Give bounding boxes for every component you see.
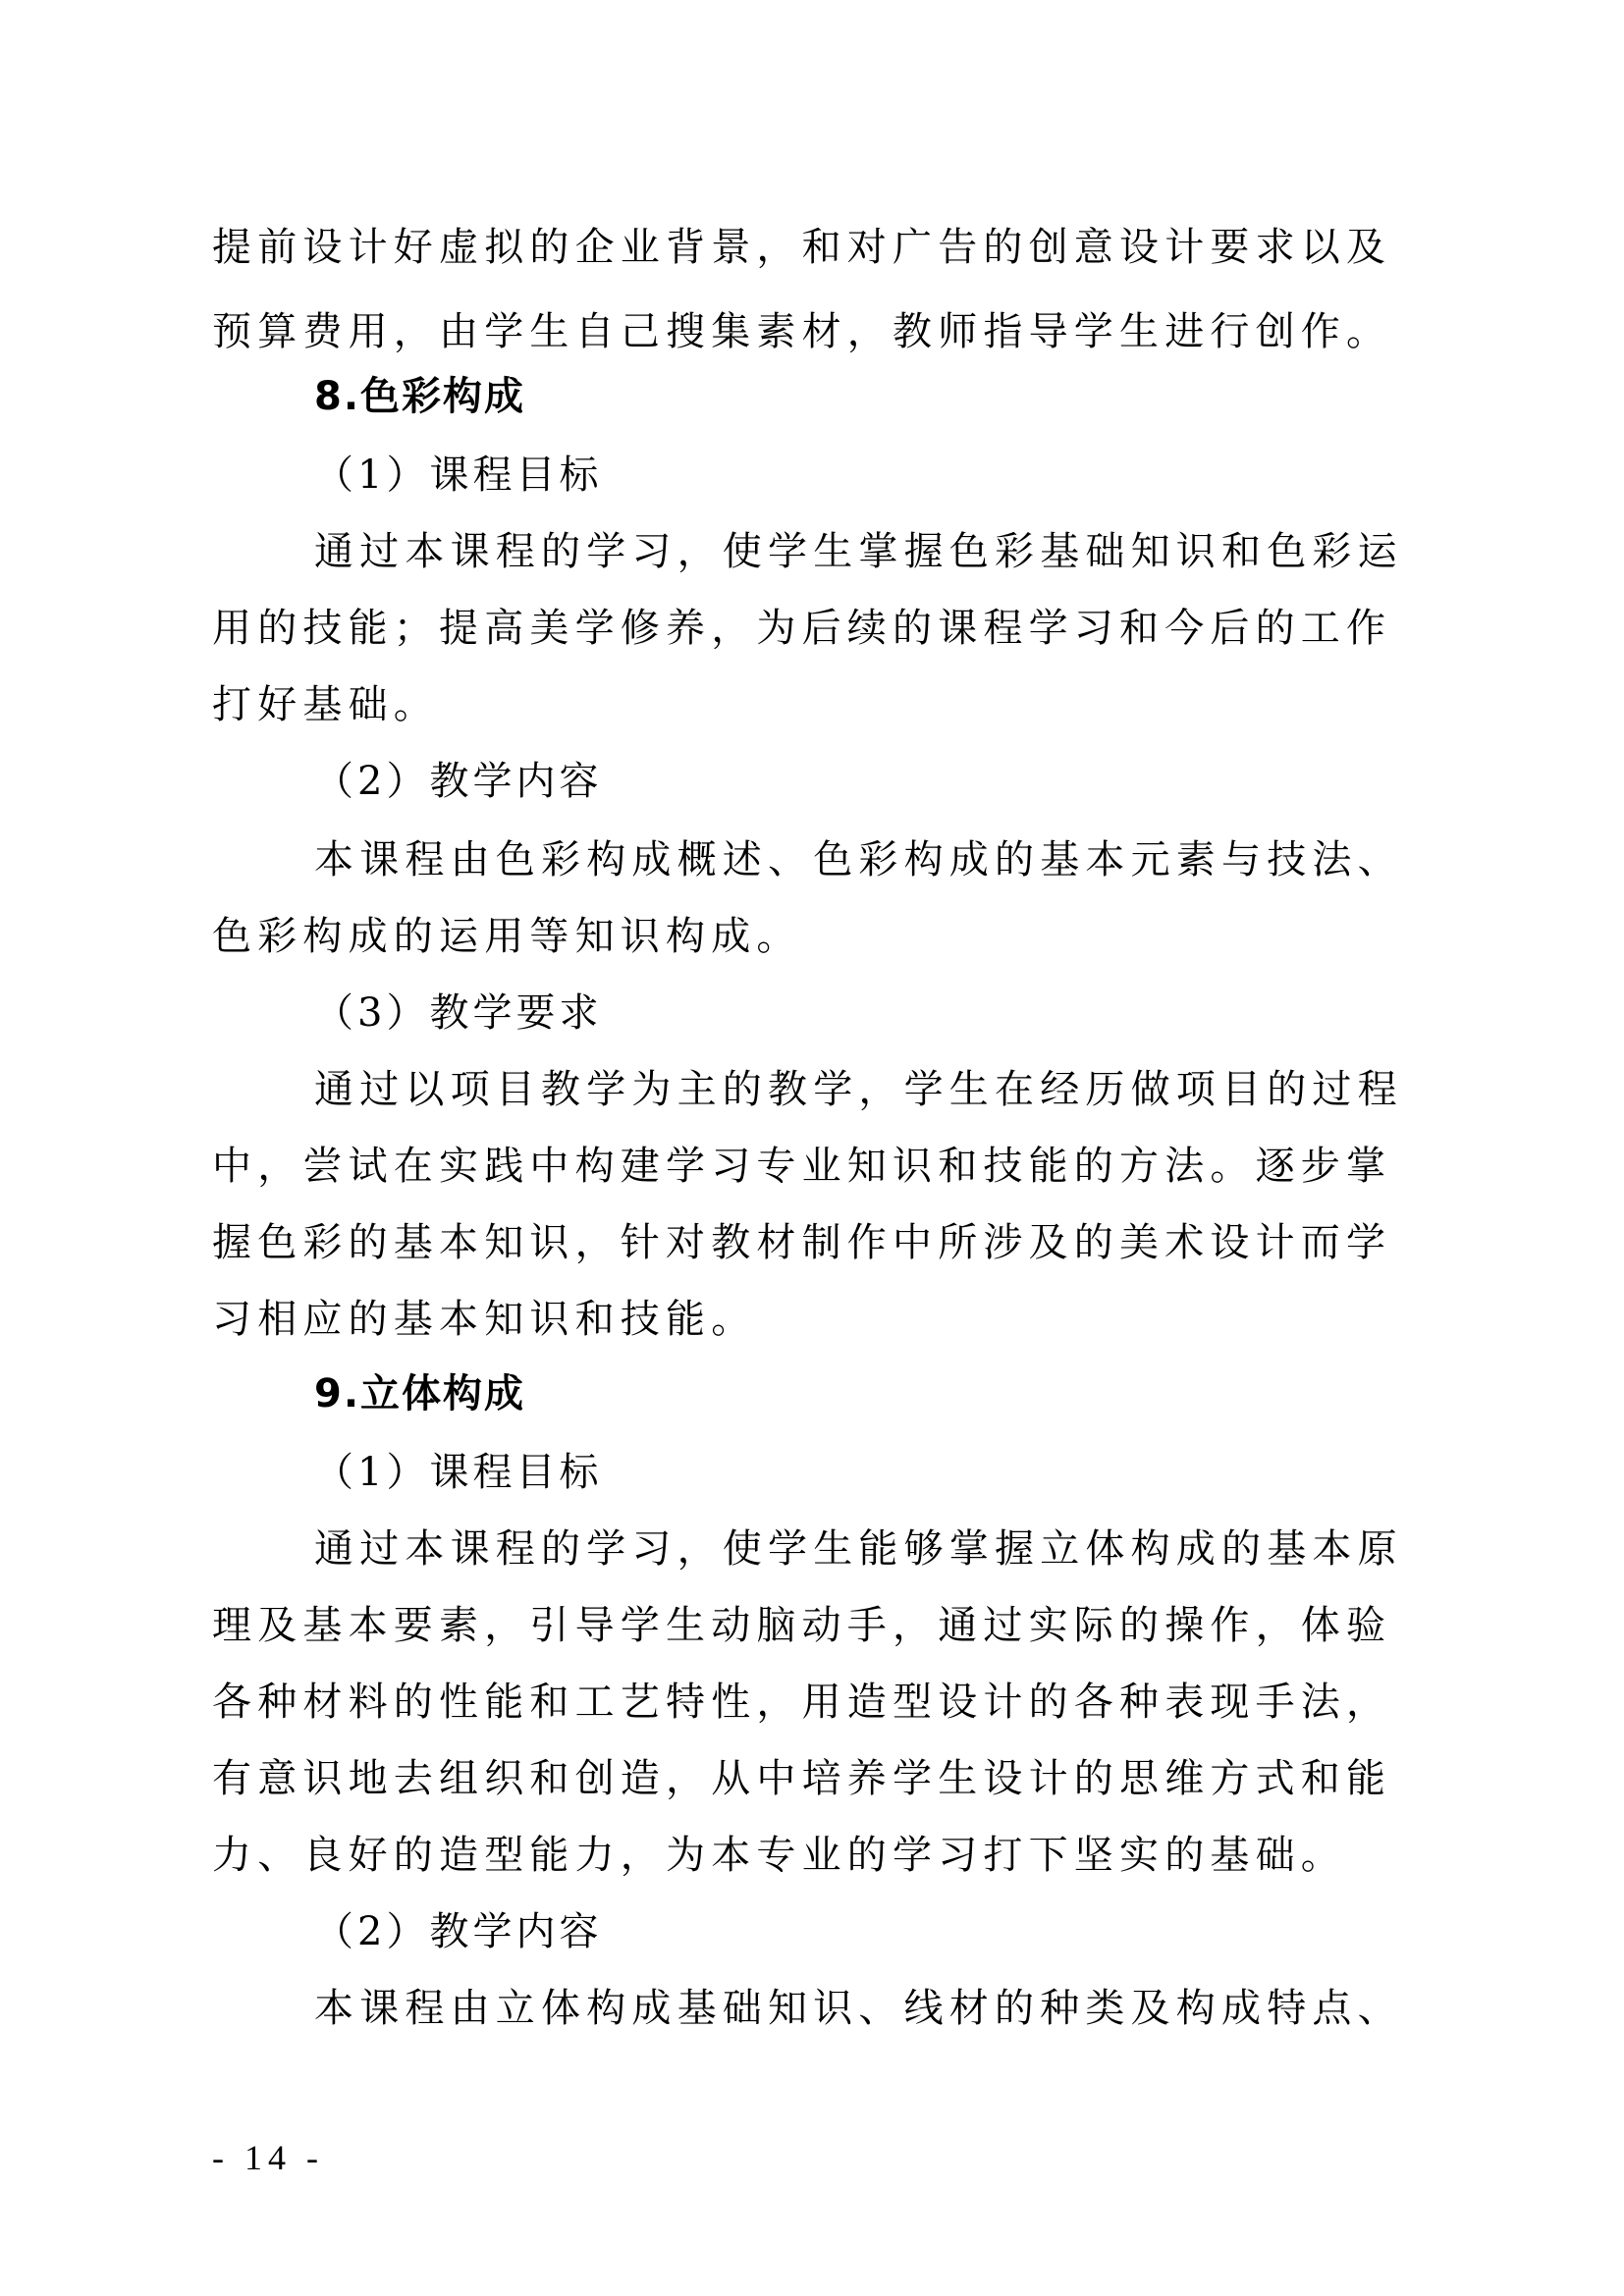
page-number: - 14 - <box>212 2136 324 2179</box>
document-page: 提前设计好虚拟的企业背景，和对广告的创意设计要求以及 预算费用，由学生自己搜集素… <box>0 0 1624 2296</box>
body-line: 力、良好的造型能力，为本专业的学习打下坚实的基础。 <box>212 1832 1380 1879</box>
subheading-teaching-content: （2）教学内容 <box>314 1908 1483 1955</box>
body-line: 有意识地去组织和创造，从中培养学生设计的思维方式和能 <box>212 1755 1380 1802</box>
subheading-teaching-content: （2）教学内容 <box>314 758 1483 805</box>
body-line: 通过以项目教学为主的教学，学生在经历做项目的过程 <box>314 1066 1483 1113</box>
body-line: 习相应的基本知识和技能。 <box>212 1296 1380 1343</box>
body-line: 中，尝试在实践中构建学习专业知识和技能的方法。逐步掌 <box>212 1143 1380 1190</box>
subheading-teaching-requirements: （3）教学要求 <box>314 989 1483 1037</box>
body-line: 理及基本要素，引导学生动脑动手，通过实际的操作，体验 <box>212 1602 1380 1649</box>
body-line: 打好基础。 <box>212 681 1380 728</box>
body-line: 预算费用，由学生自己搜集素材，教师指导学生进行创作。 <box>212 308 1380 355</box>
body-line: 通过本课程的学习，使学生能够掌握立体构成的基本原 <box>314 1525 1483 1573</box>
body-line: 色彩构成的运用等知识构成。 <box>212 913 1380 960</box>
body-line: 提前设计好虚拟的企业背景，和对广告的创意设计要求以及 <box>212 224 1380 271</box>
subheading-course-objective: （1）课程目标 <box>314 452 1483 499</box>
body-line: 本课程由立体构成基础知识、线材的种类及构成特点、 <box>314 1985 1483 2032</box>
body-line: 握色彩的基本知识，针对教材制作中所涉及的美术设计而学 <box>212 1219 1380 1266</box>
body-line: 本课程由色彩构成概述、色彩构成的基本元素与技法、 <box>314 836 1483 883</box>
body-line: 用的技能；提高美学修养，为后续的课程学习和今后的工作 <box>212 605 1380 652</box>
body-line: 各种材料的性能和工艺特性，用造型设计的各种表现手法， <box>212 1679 1380 1726</box>
subheading-course-objective: （1）课程目标 <box>314 1449 1483 1496</box>
section-heading-3d-composition: 9.立体构成 <box>314 1370 1483 1417</box>
section-heading-color-composition: 8.色彩构成 <box>314 373 1483 420</box>
body-line: 通过本课程的学习，使学生掌握色彩基础知识和色彩运 <box>314 528 1380 575</box>
